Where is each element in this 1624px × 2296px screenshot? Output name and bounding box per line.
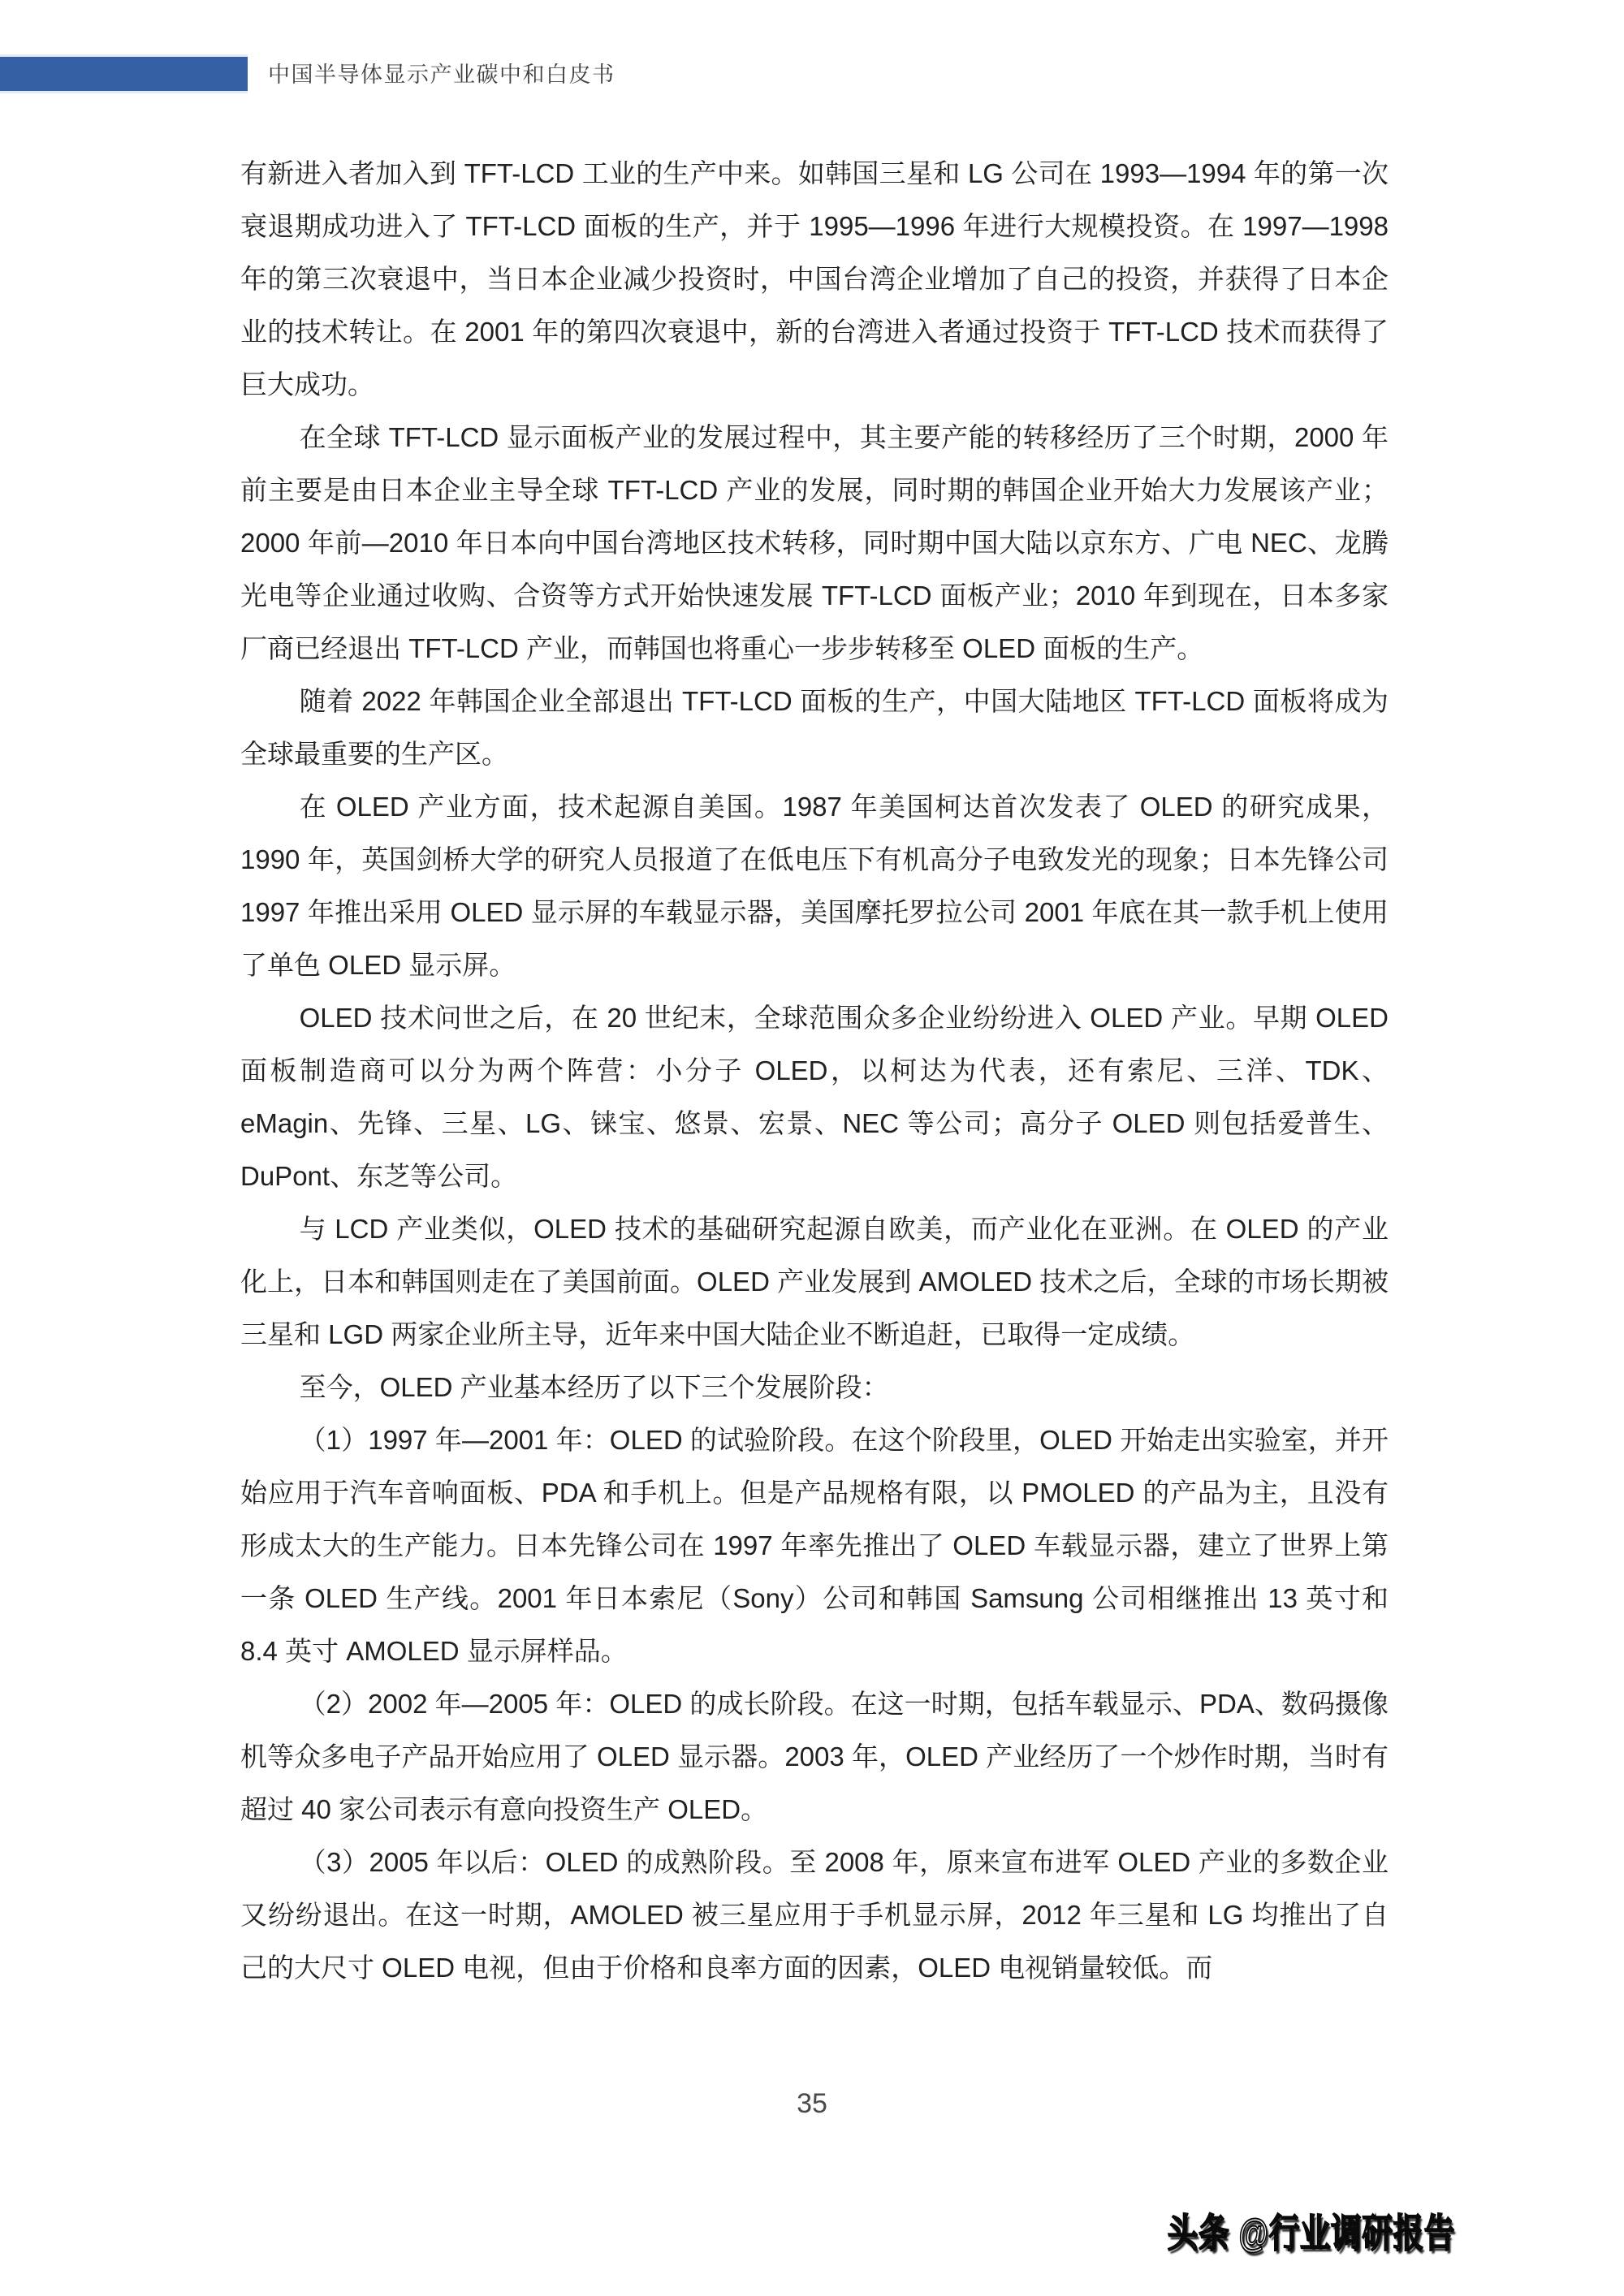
- body-paragraph: 与 LCD 产业类似，OLED 技术的基础研究起源自欧美，而产业化在亚洲。在 O…: [240, 1202, 1389, 1361]
- watermark: 头条 @行业调研报告: [1168, 2213, 1455, 2256]
- body-paragraph: 在全球 TFT-LCD 显示面板产业的发展过程中，其主要产能的转移经历了三个时期…: [240, 411, 1389, 675]
- body-paragraph: 在 OLED 产业方面，技术起源自美国。1987 年美国柯达首次发表了 OLED…: [240, 780, 1389, 991]
- document-page: 中国半导体显示产业碳中和白皮书 有新进入者加入到 TFT-LCD 工业的生产中来…: [0, 0, 1624, 2296]
- body-paragraph: 随着 2022 年韩国企业全部退出 TFT-LCD 面板的生产，中国大陆地区 T…: [240, 675, 1389, 780]
- body-paragraph: （2）2002 年—2005 年：OLED 的成长阶段。在这一时期，包括车载显示…: [240, 1677, 1389, 1836]
- page-body: 有新进入者加入到 TFT-LCD 工业的生产中来。如韩国三星和 LG 公司在 1…: [240, 147, 1389, 1994]
- body-paragraph: OLED 技术问世之后，在 20 世纪末，全球范围众多企业纷纷进入 OLED 产…: [240, 991, 1389, 1202]
- body-paragraph: （3）2005 年以后：OLED 的成熟阶段。至 2008 年，原来宣布进军 O…: [240, 1836, 1389, 1994]
- page-header-title: 中国半导体显示产业碳中和白皮书: [268, 57, 615, 91]
- body-paragraph: 有新进入者加入到 TFT-LCD 工业的生产中来。如韩国三星和 LG 公司在 1…: [240, 147, 1389, 411]
- body-paragraph: 至今，OLED 产业基本经历了以下三个发展阶段：: [240, 1361, 1389, 1413]
- body-paragraph: （1）1997 年—2001 年：OLED 的试验阶段。在这个阶段里，OLED …: [240, 1413, 1389, 1677]
- page-number: 35: [0, 2088, 1624, 2120]
- header-accent-bar: [0, 57, 248, 91]
